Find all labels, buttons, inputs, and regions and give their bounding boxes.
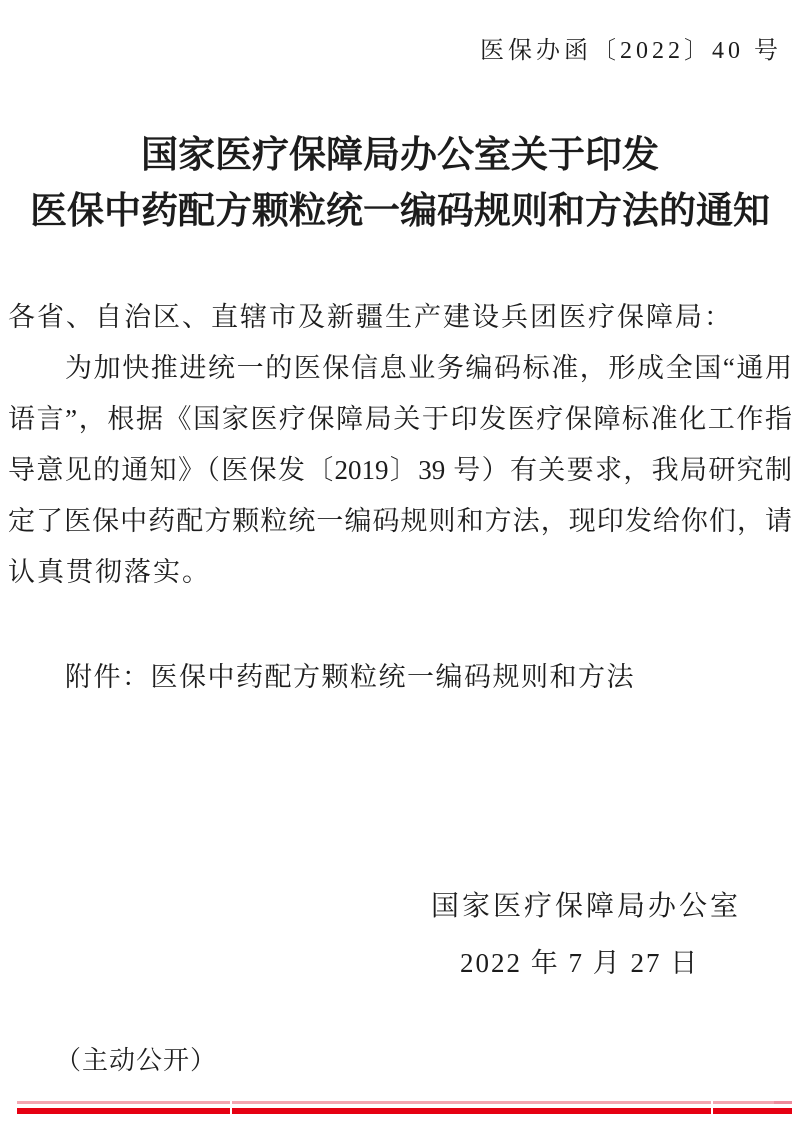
footer-top-rule	[17, 1101, 792, 1104]
rule-break	[230, 1101, 232, 1104]
rule-dark-segment	[774, 1101, 792, 1104]
doc-number: 医保办函〔2022〕40 号	[480, 30, 782, 65]
disclosure-note: （主动公开）	[55, 1040, 217, 1077]
body-paragraph-line: 为加快推进统一的医保信息业务编码标准，形成全国“通用	[8, 346, 792, 386]
footer-bottom-rule	[17, 1108, 792, 1114]
signature-office: 国家医疗保障局办公室	[431, 884, 741, 924]
body-paragraph-line: 导意见的通知》（医保发〔2019〕39 号）有关要求，我局研究制	[8, 448, 792, 488]
document-page: 医保办函〔2022〕40 号 国家医疗保障局办公室关于印发 医保中药配方颗粒统一…	[0, 0, 800, 1140]
salutation-line: 各省、自治区、直辖市及新疆生产建设兵团医疗保障局：	[8, 295, 792, 335]
rule-break	[711, 1108, 713, 1114]
title-line-1: 国家医疗保障局办公室关于印发	[0, 124, 800, 178]
body-paragraph-line: 语言”，根据《国家医疗保障局关于印发医疗保障标准化工作指	[8, 397, 792, 437]
attachment-line: 附件：医保中药配方颗粒统一编码规则和方法	[65, 655, 635, 694]
signature-date: 2022 年 7 月 27 日	[460, 941, 699, 980]
rule-break	[711, 1101, 713, 1104]
body-paragraph-line: 认真贯彻落实。	[8, 550, 792, 590]
rule-break	[230, 1108, 232, 1114]
body-paragraph-line: 定了医保中药配方颗粒统一编码规则和方法，现印发给你们，请	[8, 499, 792, 539]
title-line-2: 医保中药配方颗粒统一编码规则和方法的通知	[0, 180, 800, 234]
